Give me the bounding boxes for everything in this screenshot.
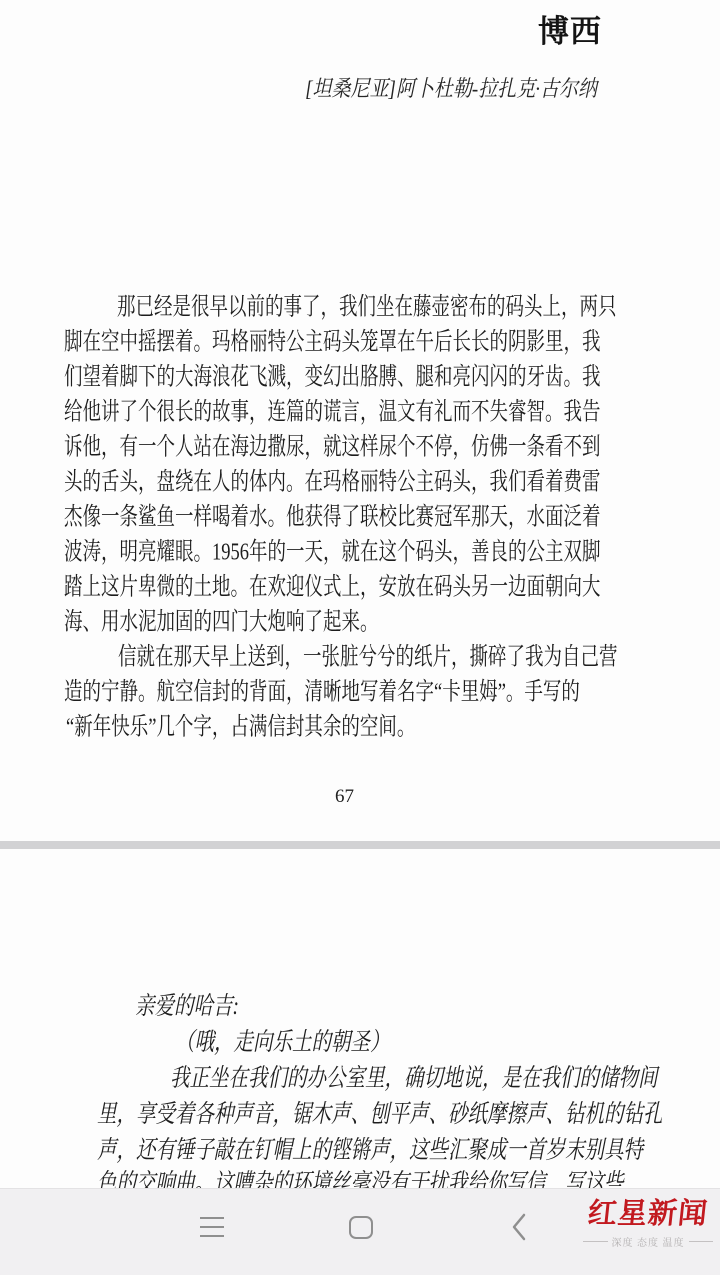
text-line: 脚在空中摇摆着。玛格丽特公主码头笼罩在午后长长的阴影里，我: [64, 323, 601, 358]
text-line: 踏上这片卑微的土地。在欢迎仪式上，安放在码头另一边面朝向大: [64, 568, 601, 603]
text-line: 亲爱的哈吉:: [135, 986, 239, 1022]
text-line: “新年快乐”几个字，占满信封其余的空间。: [66, 708, 415, 743]
text-line: 给他讲了个很长的故事，连篇的谎言，温文有礼而不失睿智。我告: [64, 393, 601, 428]
chapter-title: 博西: [538, 6, 602, 51]
text-line: 们望着脚下的大海浪花飞溅，变幻出胳膊、腿和亮闪闪的牙齿。我: [64, 358, 601, 393]
text-line: 声，还有锤子敲在钉帽上的铿锵声，这些汇聚成一首岁末别具特: [97, 1130, 643, 1166]
text-line: 海、用水泥加固的四门大炮响了起来。: [64, 603, 379, 638]
logo-text: 红星新闻: [581, 1197, 715, 1231]
book-page-1: 博西 [坦桑尼亚]阿卜杜勒-拉扎克·古尔纳 那已经是很早以前的事了，我们坐在藤壶…: [0, 0, 720, 841]
red-star-news-logo: 红星新闻 深度 态度 温度: [583, 1197, 713, 1249]
home-icon: [349, 1216, 373, 1239]
home-button[interactable]: [337, 1203, 385, 1251]
back-chevron-icon: [511, 1213, 527, 1241]
page-number: 67: [76, 786, 613, 808]
text-line: 里，享受着各种声音，锯木声、刨平声、砂纸摩擦声、钻机的钻孔: [97, 1094, 663, 1130]
author-line: [坦桑尼亚]阿卜杜勒-拉扎克·古尔纳: [305, 71, 597, 103]
text-line: 杰像一条鲨鱼一样喝着水。他获得了联校比赛冠军那天，水面泛着: [64, 498, 601, 533]
text-line: 信就在那天早上送到，一张脏兮兮的纸片，撕碎了我为自己营: [118, 638, 618, 673]
text-line: 诉他，有一个人站在海边撒尿，就这样尿个不停，仿佛一条看不到: [64, 428, 601, 463]
menu-icon: [200, 1217, 224, 1237]
menu-button[interactable]: [188, 1203, 236, 1251]
text-line: 我正坐在我们的办公室里，确切地说，是在我们的储物间: [170, 1058, 658, 1094]
android-nav-bar: 红星新闻 深度 态度 温度: [0, 1188, 720, 1275]
text-line: 那已经是很早以前的事了，我们坐在藤壶密布的码头上，两只: [117, 288, 617, 323]
back-button[interactable]: [495, 1203, 543, 1251]
text-line: （哦，走向乐土的朝圣）: [175, 1022, 390, 1058]
logo-tagline: 深度 态度 温度: [583, 1234, 713, 1249]
text-line: 造的宁静。航空信封的背面，清晰地写着名字“卡里姆”。手写的: [64, 673, 580, 708]
page-divider: [0, 841, 720, 849]
phone-screenshot: 博西 [坦桑尼亚]阿卜杜勒-拉扎克·古尔纳 那已经是很早以前的事了，我们坐在藤壶…: [0, 0, 720, 1275]
book-page-2: 亲爱的哈吉:（哦，走向乐土的朝圣）我正坐在我们的办公室里，确切地说，是在我们的储…: [0, 849, 720, 1188]
text-line: 头的舌头，盘绕在人的体内。在玛格丽特公主码头，我们看着费雷: [64, 463, 601, 498]
text-line: 波涛，明亮耀眼。1956年的一天，就在这个码头，善良的公主双脚: [64, 533, 601, 568]
